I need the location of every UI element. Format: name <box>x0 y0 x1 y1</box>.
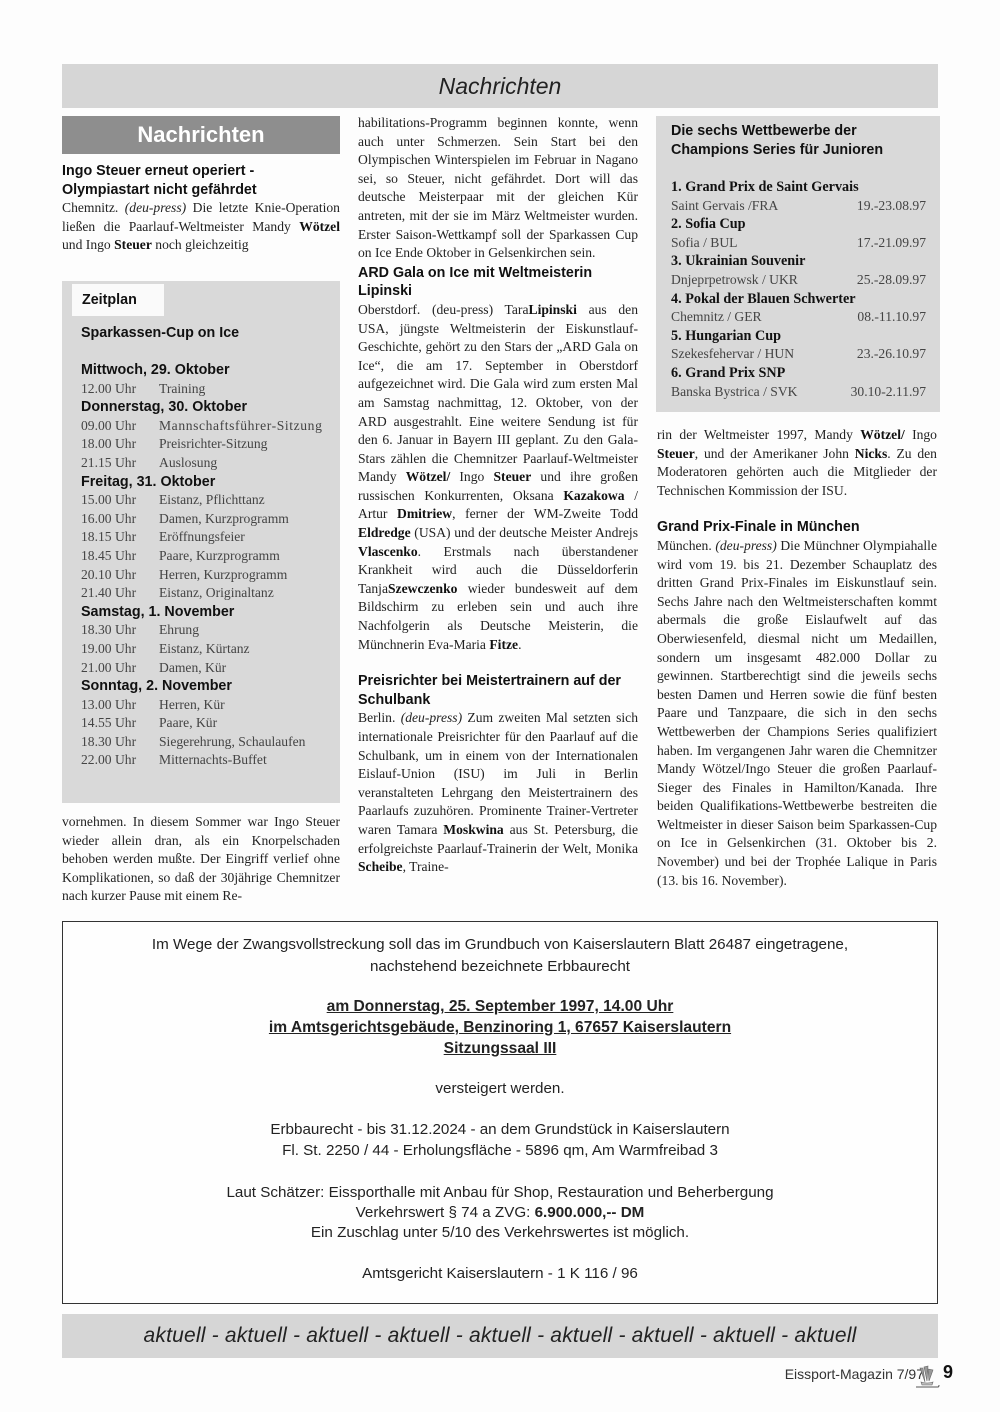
series-event-row: Saint Gervais /FRA19.-23.08.97 <box>671 197 926 216</box>
schedule-row: 15.00 UhrEistanz, Pflichttanz <box>81 491 336 510</box>
schedule-row: 09.00 UhrMannschaftsführer-Sitzung <box>81 417 336 436</box>
event: Eröffnungsfeier <box>159 528 336 547</box>
schedule-tab-label: Zeitplan <box>72 284 164 316</box>
name: Eldredge <box>358 525 411 540</box>
name: Steuer <box>657 446 695 461</box>
notice-line: versteigert werden. <box>63 1080 937 1097</box>
schedule-box: Zeitplan Sparkassen-Cup on Ice Mittwoch,… <box>62 281 340 803</box>
dateline: München. <box>657 538 712 553</box>
schedule-row: 18.45 UhrPaare, Kurzprogramm <box>81 547 336 566</box>
text: noch gleichzeitig <box>155 237 248 252</box>
place: Dnjeprpetrowsk / UKR <box>671 271 798 290</box>
footer-banner-text: aktuell - aktuell - aktuell - aktuell - … <box>143 1324 856 1348</box>
series-title: Die sechs Wettbewerbe der Champions Seri… <box>671 122 931 160</box>
event: Paare, Kür <box>159 714 336 733</box>
schedule-row: 18.15 UhrEröffnungsfeier <box>81 528 336 547</box>
notice-line: nachstehend bezeichnete Erbbaurecht <box>63 958 937 975</box>
time: 18.15 Uhr <box>81 528 159 547</box>
schedule-row: 21.40 UhrEistanz, Originaltanz <box>81 584 336 603</box>
value-label: Verkehrswert § 74 a ZVG: <box>356 1204 535 1221</box>
dateline: Berlin. <box>358 710 395 725</box>
time: 21.40 Uhr <box>81 584 159 603</box>
event: Eistanz, Pflichttanz <box>159 491 336 510</box>
article-body: München. (deu-press) Die Münchner Olympi… <box>657 537 937 890</box>
event: Mitternachts-Buffet <box>159 751 336 770</box>
schedule-day: Freitag, 31. Oktober <box>81 473 336 492</box>
schedule-row: 16.00 UhrDamen, Kurzprogramm <box>81 510 336 529</box>
name: Steuer <box>494 469 532 484</box>
article-headline: Ingo Steuer erneut operiert - Olympiasta… <box>62 162 340 199</box>
text: Oberstdorf. (deu-press) Tara <box>358 302 529 317</box>
time: 13.00 Uhr <box>81 696 159 715</box>
dates: 25.-28.09.97 <box>857 271 926 290</box>
time: 22.00 Uhr <box>81 751 159 770</box>
schedule-row: 14.55 UhrPaare, Kür <box>81 714 336 733</box>
page-number: 9 <box>943 1362 953 1383</box>
bid-note: Ein Zuschlag unter 5/10 des Verkehrswert… <box>63 1224 937 1241</box>
name: Fitze <box>489 637 518 652</box>
name: Lipinski <box>529 302 577 317</box>
time: 18.45 Uhr <box>81 547 159 566</box>
court-line: Amtsgericht Kaiserslautern - 1 K 116 / 9… <box>63 1265 937 1282</box>
text: rin der Weltmeister 1997, Mandy <box>657 427 853 442</box>
time: 18.00 Uhr <box>81 435 159 454</box>
dates: 23.-26.10.97 <box>857 345 926 364</box>
section-banner: Nachrichten <box>62 116 340 154</box>
schedule-row: 18.30 UhrSiegerehrung, Schaulaufen <box>81 733 336 752</box>
value-line: Verkehrswert § 74 a ZVG: 6.900.000,-- DM <box>63 1204 937 1221</box>
time: 21.00 Uhr <box>81 659 159 678</box>
schedule-row: 21.00 UhrDamen, Kür <box>81 659 336 678</box>
middle-column: habilitations-Programm beginnen konnte, … <box>358 114 638 877</box>
court-name: Amtsgericht Kaiserslautern - <box>362 1265 557 1282</box>
time: 18.30 Uhr <box>81 733 159 752</box>
place: Banska Bystrica / SVK <box>671 383 798 402</box>
text: aus den USA, jüngste Weltmeisterin der E… <box>358 302 638 484</box>
schedule-title: Sparkassen-Cup on Ice <box>81 325 239 341</box>
time: 14.55 Uhr <box>81 714 159 733</box>
schedule-row: 13.00 UhrHerren, Kür <box>81 696 336 715</box>
auction-notice: Im Wege der Zwangsvollstreckung soll das… <box>62 921 938 1304</box>
auction-location: im Amtsgerichtsgebäude, Benzinoring 1, 6… <box>269 1019 731 1036</box>
source: (deu-press) <box>401 710 462 725</box>
notice-line: Im Wege der Zwangsvollstreckung soll das… <box>63 936 937 953</box>
article-headline: ARD Gala on Ice mit Weltmeisterin Lipins… <box>358 264 638 301</box>
series-event-row: Szekesfehervar / HUN23.-26.10.97 <box>671 345 926 364</box>
schedule-day: Mittwoch, 29. Oktober <box>81 361 336 380</box>
text: (USA) und der deutsche Meister Andrejs <box>414 525 638 540</box>
schedule-day: Samstag, 1. November <box>81 603 336 622</box>
name: Steuer <box>114 237 152 252</box>
name: Szewczenko <box>388 581 457 596</box>
name: Wötzel/ <box>406 469 451 484</box>
name: Kazakowa <box>563 488 624 503</box>
dates: 30.10-2.11.97 <box>851 383 926 402</box>
text: Ingo <box>912 427 937 442</box>
dates: 08.-11.10.97 <box>857 308 926 327</box>
text: Ingo <box>459 469 484 484</box>
event: Damen, Kurzprogramm <box>159 510 336 529</box>
auction-date: am Donnerstag, 25. September 1997, 14.00… <box>327 998 674 1015</box>
auction-room: Sitzungssaal III <box>444 1040 557 1057</box>
value-amount: 6.900.000,-- DM <box>535 1204 645 1221</box>
article-body: vornehmen. In diesem Sommer war Ingo Ste… <box>62 813 340 906</box>
place: Saint Gervais /FRA <box>671 197 778 216</box>
time: 21.15 Uhr <box>81 454 159 473</box>
series-event-name: 3. Ukrainian Souvenir <box>671 252 926 271</box>
series-list: 1. Grand Prix de Saint Gervais Saint Ger… <box>671 178 926 401</box>
schedule-list: Mittwoch, 29. Oktober 12.00 UhrTraining … <box>81 361 336 770</box>
event: Herren, Kür <box>159 696 336 715</box>
dates: 17.-21.09.97 <box>857 234 926 253</box>
time: 12.00 Uhr <box>81 380 159 399</box>
event: Auslosung <box>159 454 336 473</box>
text: , und der Amerikaner John <box>695 446 849 461</box>
article-headline: Grand Prix-Finale in München <box>657 518 937 537</box>
time: 18.30 Uhr <box>81 621 159 640</box>
series-event-name: 1. Grand Prix de Saint Gervais <box>671 178 926 197</box>
series-event-row: Banska Bystrica / SVK30.10-2.11.97 <box>671 383 926 402</box>
skate-logo-icon <box>912 1364 942 1390</box>
article-body: habilitations-Programm beginnen konnte, … <box>358 114 638 263</box>
champions-series-box: Die sechs Wettbewerbe der Champions Seri… <box>656 116 940 412</box>
time: 09.00 Uhr <box>81 417 159 436</box>
schedule-row: 18.00 UhrPreisrichter-Sitzung <box>81 435 336 454</box>
name: Wötzel/ <box>860 427 905 442</box>
source: (deu-press) <box>125 200 186 215</box>
section-header: Nachrichten <box>62 64 938 108</box>
article-continuation: vornehmen. In diesem Sommer war Ingo Ste… <box>62 813 340 906</box>
dates: 19.-23.08.97 <box>857 197 926 216</box>
text: . <box>518 637 521 652</box>
series-event-row: Sofia / BUL17.-21.09.97 <box>671 234 926 253</box>
schedule-day: Sonntag, 2. November <box>81 677 336 696</box>
event: Ehrung <box>159 621 336 640</box>
name: Nicks <box>855 446 887 461</box>
name: Vlascenko <box>358 544 418 559</box>
time: 16.00 Uhr <box>81 510 159 529</box>
right-column: rin der Weltmeister 1997, Mandy Wötzel/ … <box>657 426 937 890</box>
event: Eistanz, Originaltanz <box>159 584 336 603</box>
time: 15.00 Uhr <box>81 491 159 510</box>
series-event-name: 2. Sofia Cup <box>671 215 926 234</box>
schedule-row: 12.00 UhrTraining <box>81 380 336 399</box>
event: Siegerehrung, Schaulaufen <box>159 733 336 752</box>
text: und Ingo <box>62 237 111 252</box>
magazine-name: Eissport-Magazin 7/97 <box>785 1366 924 1382</box>
event: Eistanz, Kürtanz <box>159 640 336 659</box>
text: Die Münchner Olympiahalle wird vom 19. b… <box>657 538 937 888</box>
article-body: rin der Weltmeister 1997, Mandy Wötzel/ … <box>657 426 937 500</box>
section-banner-label: Nachrichten <box>137 126 264 145</box>
name: Wötzel <box>299 219 340 234</box>
series-event-name: 6. Grand Prix SNP <box>671 364 926 383</box>
place: Sofia / BUL <box>671 234 737 253</box>
case-number: 1 K 116 / 96 <box>557 1265 638 1282</box>
left-column: Nachrichten Ingo Steuer erneut operiert … <box>62 116 340 255</box>
name: Moskwina <box>443 822 503 837</box>
series-event-name: 4. Pokal der Blauen Schwerter <box>671 290 926 309</box>
article-body: Chemnitz. (deu-press) Die letzte Knie-Op… <box>62 199 340 255</box>
schedule-row: 19.00 UhrEistanz, Kürtanz <box>81 640 336 659</box>
series-event-name: 5. Hungarian Cup <box>671 327 926 346</box>
footer-banner: aktuell - aktuell - aktuell - aktuell - … <box>62 1314 938 1358</box>
place: Szekesfehervar / HUN <box>671 345 794 364</box>
schedule-day: Donnerstag, 30. Oktober <box>81 398 336 417</box>
series-event-row: Dnjeprpetrowsk / UKR25.-28.09.97 <box>671 271 926 290</box>
text: , Traine- <box>403 859 449 874</box>
event: Training <box>159 380 336 399</box>
article-body: Berlin. (deu-press) Zum zweiten Mal setz… <box>358 709 638 876</box>
valuer-line: Laut Schätzer: Eissporthalle mit Anbau f… <box>63 1184 937 1201</box>
schedule-row: 22.00 UhrMitternachts-Buffet <box>81 751 336 770</box>
article-body: Oberstdorf. (deu-press) TaraLipinski aus… <box>358 301 638 654</box>
place: Chemnitz / GER <box>671 308 762 327</box>
source: (deu-press) <box>715 538 776 553</box>
schedule-row: 18.30 UhrEhrung <box>81 621 336 640</box>
property-line: Fl. St. 2250 / 44 - Erholungsfläche - 58… <box>63 1142 937 1159</box>
section-header-title: Nachrichten <box>439 73 562 100</box>
dateline: Chemnitz. <box>62 200 118 215</box>
text: Zum zweiten Mal setzten sich internation… <box>358 710 638 837</box>
event: Preisrichter-Sitzung <box>159 435 336 454</box>
schedule-row: 20.10 UhrHerren, Kurzprogramm <box>81 566 336 585</box>
article-headline: Preisrichter bei Meistertrainern auf der… <box>358 672 638 709</box>
name: Scheibe <box>358 859 403 874</box>
text: , ferner der WM-Zweite Todd <box>452 506 638 521</box>
property-line: Erbbaurecht - bis 31.12.2024 - an dem Gr… <box>63 1121 937 1138</box>
time: 20.10 Uhr <box>81 566 159 585</box>
name: Dmitriew <box>397 506 452 521</box>
schedule-row: 21.15 UhrAuslosung <box>81 454 336 473</box>
event: Herren, Kurzprogramm <box>159 566 336 585</box>
time: 19.00 Uhr <box>81 640 159 659</box>
event: Damen, Kür <box>159 659 336 678</box>
series-event-row: Chemnitz / GER08.-11.10.97 <box>671 308 926 327</box>
event: Paare, Kurzprogramm <box>159 547 336 566</box>
event: Mannschaftsführer-Sitzung <box>159 417 336 436</box>
